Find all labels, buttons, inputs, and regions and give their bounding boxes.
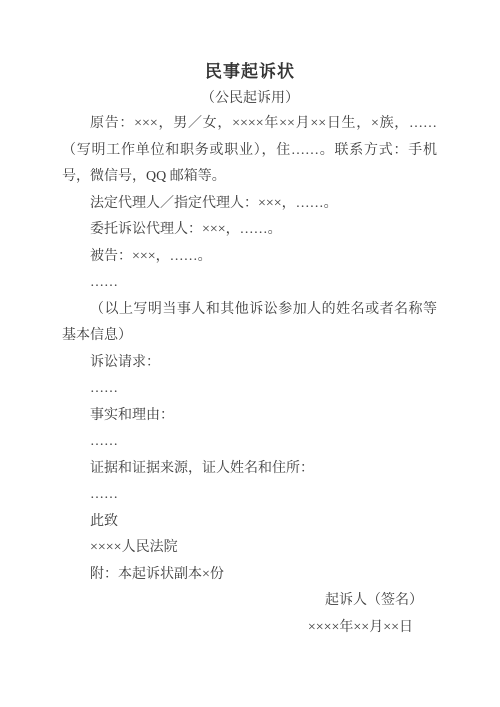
paragraph-facts-heading: 事实和理由：: [62, 403, 437, 430]
paragraph-attachment: 附：本起诉状副本×份: [62, 562, 437, 589]
paragraph-litigation-agent: 委托诉讼代理人：×××，……。: [62, 217, 437, 244]
document-title: 民事起诉状: [0, 0, 500, 82]
paragraph-court-name: ××××人民法院: [62, 535, 437, 562]
date-line: ××××年××月××日: [0, 615, 437, 642]
signature-line: 起诉人（签名）: [0, 588, 437, 615]
paragraph-parties-note: （以上写明当事人和其他诉讼参加人的姓名或者名称等基本信息）: [62, 297, 437, 350]
document-subtitle: （公民起诉用）: [0, 89, 500, 105]
paragraph-ellipsis: ……: [62, 429, 437, 456]
paragraph-salutation: 此致: [62, 509, 437, 536]
paragraph-evidence-heading: 证据和证据来源，证人姓名和住所：: [62, 456, 437, 483]
document-body: 原告：×××，男／女，××××年××月××日生，×族，……（写明工作单位和职务或…: [0, 111, 500, 588]
document-page: 民事起诉状 （公民起诉用） 原告：×××，男／女，××××年××月××日生，×族…: [0, 0, 500, 707]
paragraph-ellipsis: ……: [62, 376, 437, 403]
paragraph-legal-agent: 法定代理人／指定代理人：×××，……。: [62, 191, 437, 218]
paragraph-ellipsis: ……: [62, 482, 437, 509]
paragraph-claims-heading: 诉讼请求：: [62, 350, 437, 377]
paragraph-plaintiff: 原告：×××，男／女，××××年××月××日生，×族，……（写明工作单位和职务或…: [62, 111, 437, 191]
paragraph-ellipsis: ……: [62, 270, 437, 297]
paragraph-defendant: 被告：×××，……。: [62, 244, 437, 271]
signature-block: 起诉人（签名） ××××年××月××日: [0, 588, 500, 641]
